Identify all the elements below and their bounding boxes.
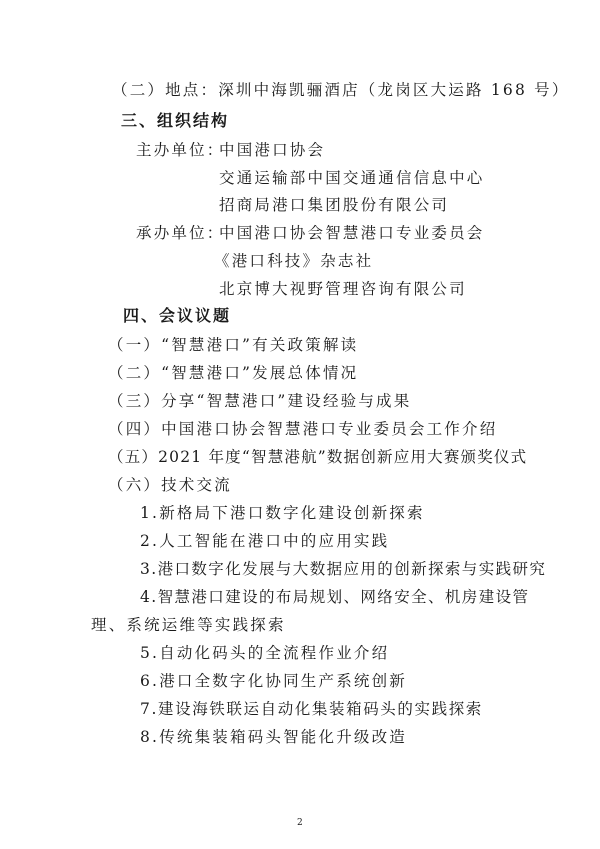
section-title-organization: 三、组织结构: [121, 111, 229, 131]
tech-item: 7.建设海铁联运自动化集装箱码头的实践探索: [140, 699, 483, 719]
tech-item: 6.港口全数字化协同生产系统创新: [140, 671, 407, 691]
organizer-item: 北京博大视野管理咨询有限公司: [219, 279, 467, 299]
tech-item: 2.人工智能在港口中的应用实践: [140, 531, 389, 551]
section-title-topics: 四、会议议题: [123, 306, 231, 326]
topic-item: （三）分享“智慧港口”建设经验与成果: [108, 391, 411, 411]
organizer-item: 中国港口协会智慧港口专业委员会: [219, 223, 485, 243]
organizer-label: 承办单位：: [136, 223, 225, 243]
topic-item: （四）中国港口协会智慧港口专业委员会工作介绍: [108, 419, 497, 439]
topic-item: （一）“智慧港口”有关政策解读: [108, 335, 358, 355]
organizer-item: 《港口科技》杂志社: [214, 251, 373, 271]
tech-item: 5.自动化码头的全流程作业介绍: [140, 643, 389, 663]
topic-item: （五）2021 年度“智慧港航”数据创新应用大赛颁奖仪式: [108, 447, 527, 467]
location-line: （二）地点：深圳中海凯骊酒店（龙岗区大运路 168 号）: [112, 80, 570, 100]
topic-item: （六）技术交流: [108, 475, 232, 495]
host-item: 中国港口协会: [219, 140, 325, 160]
tech-item-continuation: 理、系统运维等实践探索: [91, 615, 286, 635]
tech-item: 8.传统集装箱码头智能化升级改造: [140, 727, 407, 747]
page-number: 2: [297, 818, 303, 828]
host-item: 交通运输部中国交通通信信息中心: [219, 168, 485, 188]
topic-item: （二）“智慧港口”发展总体情况: [108, 363, 358, 383]
tech-item: 3.港口数字化发展与大数据应用的创新探索与实践研究: [140, 559, 546, 579]
tech-item: 4.智慧港口建设的布局规划、网络安全、机房建设管: [140, 587, 529, 607]
host-item: 招商局港口集团股份有限公司: [219, 195, 449, 215]
host-label: 主办单位：: [136, 140, 225, 160]
tech-item: 1.新格局下港口数字化建设创新探索: [140, 503, 425, 523]
